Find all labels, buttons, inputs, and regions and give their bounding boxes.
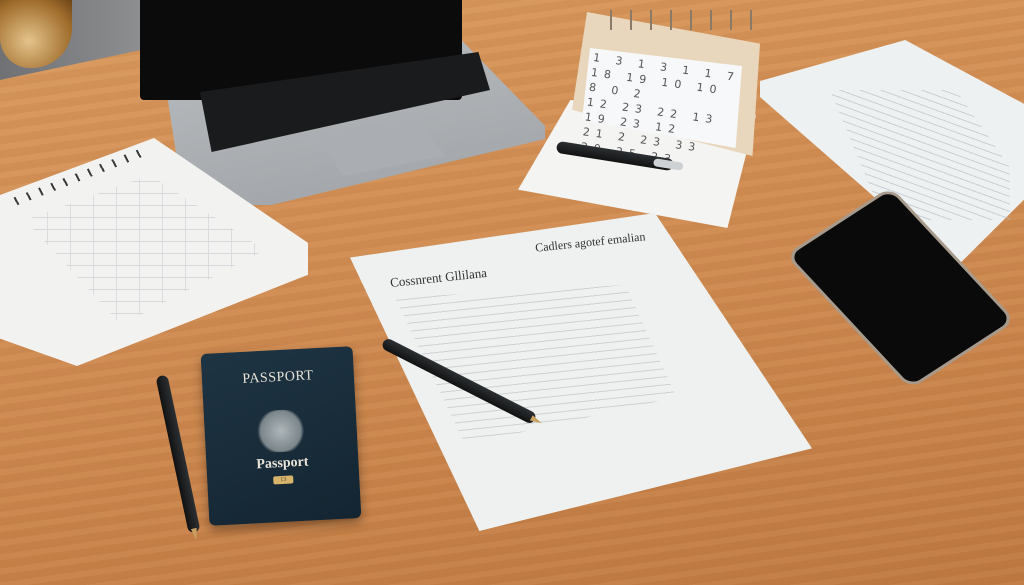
passport: PASSPORT Passport 13 [201,346,362,526]
coat-of-arms-icon [254,409,308,454]
passport-title: PASSPORT [202,366,355,390]
biometric-chip-icon: 13 [273,475,293,484]
passport-subtitle: Passport [206,452,359,476]
calendar-rings [598,10,758,30]
